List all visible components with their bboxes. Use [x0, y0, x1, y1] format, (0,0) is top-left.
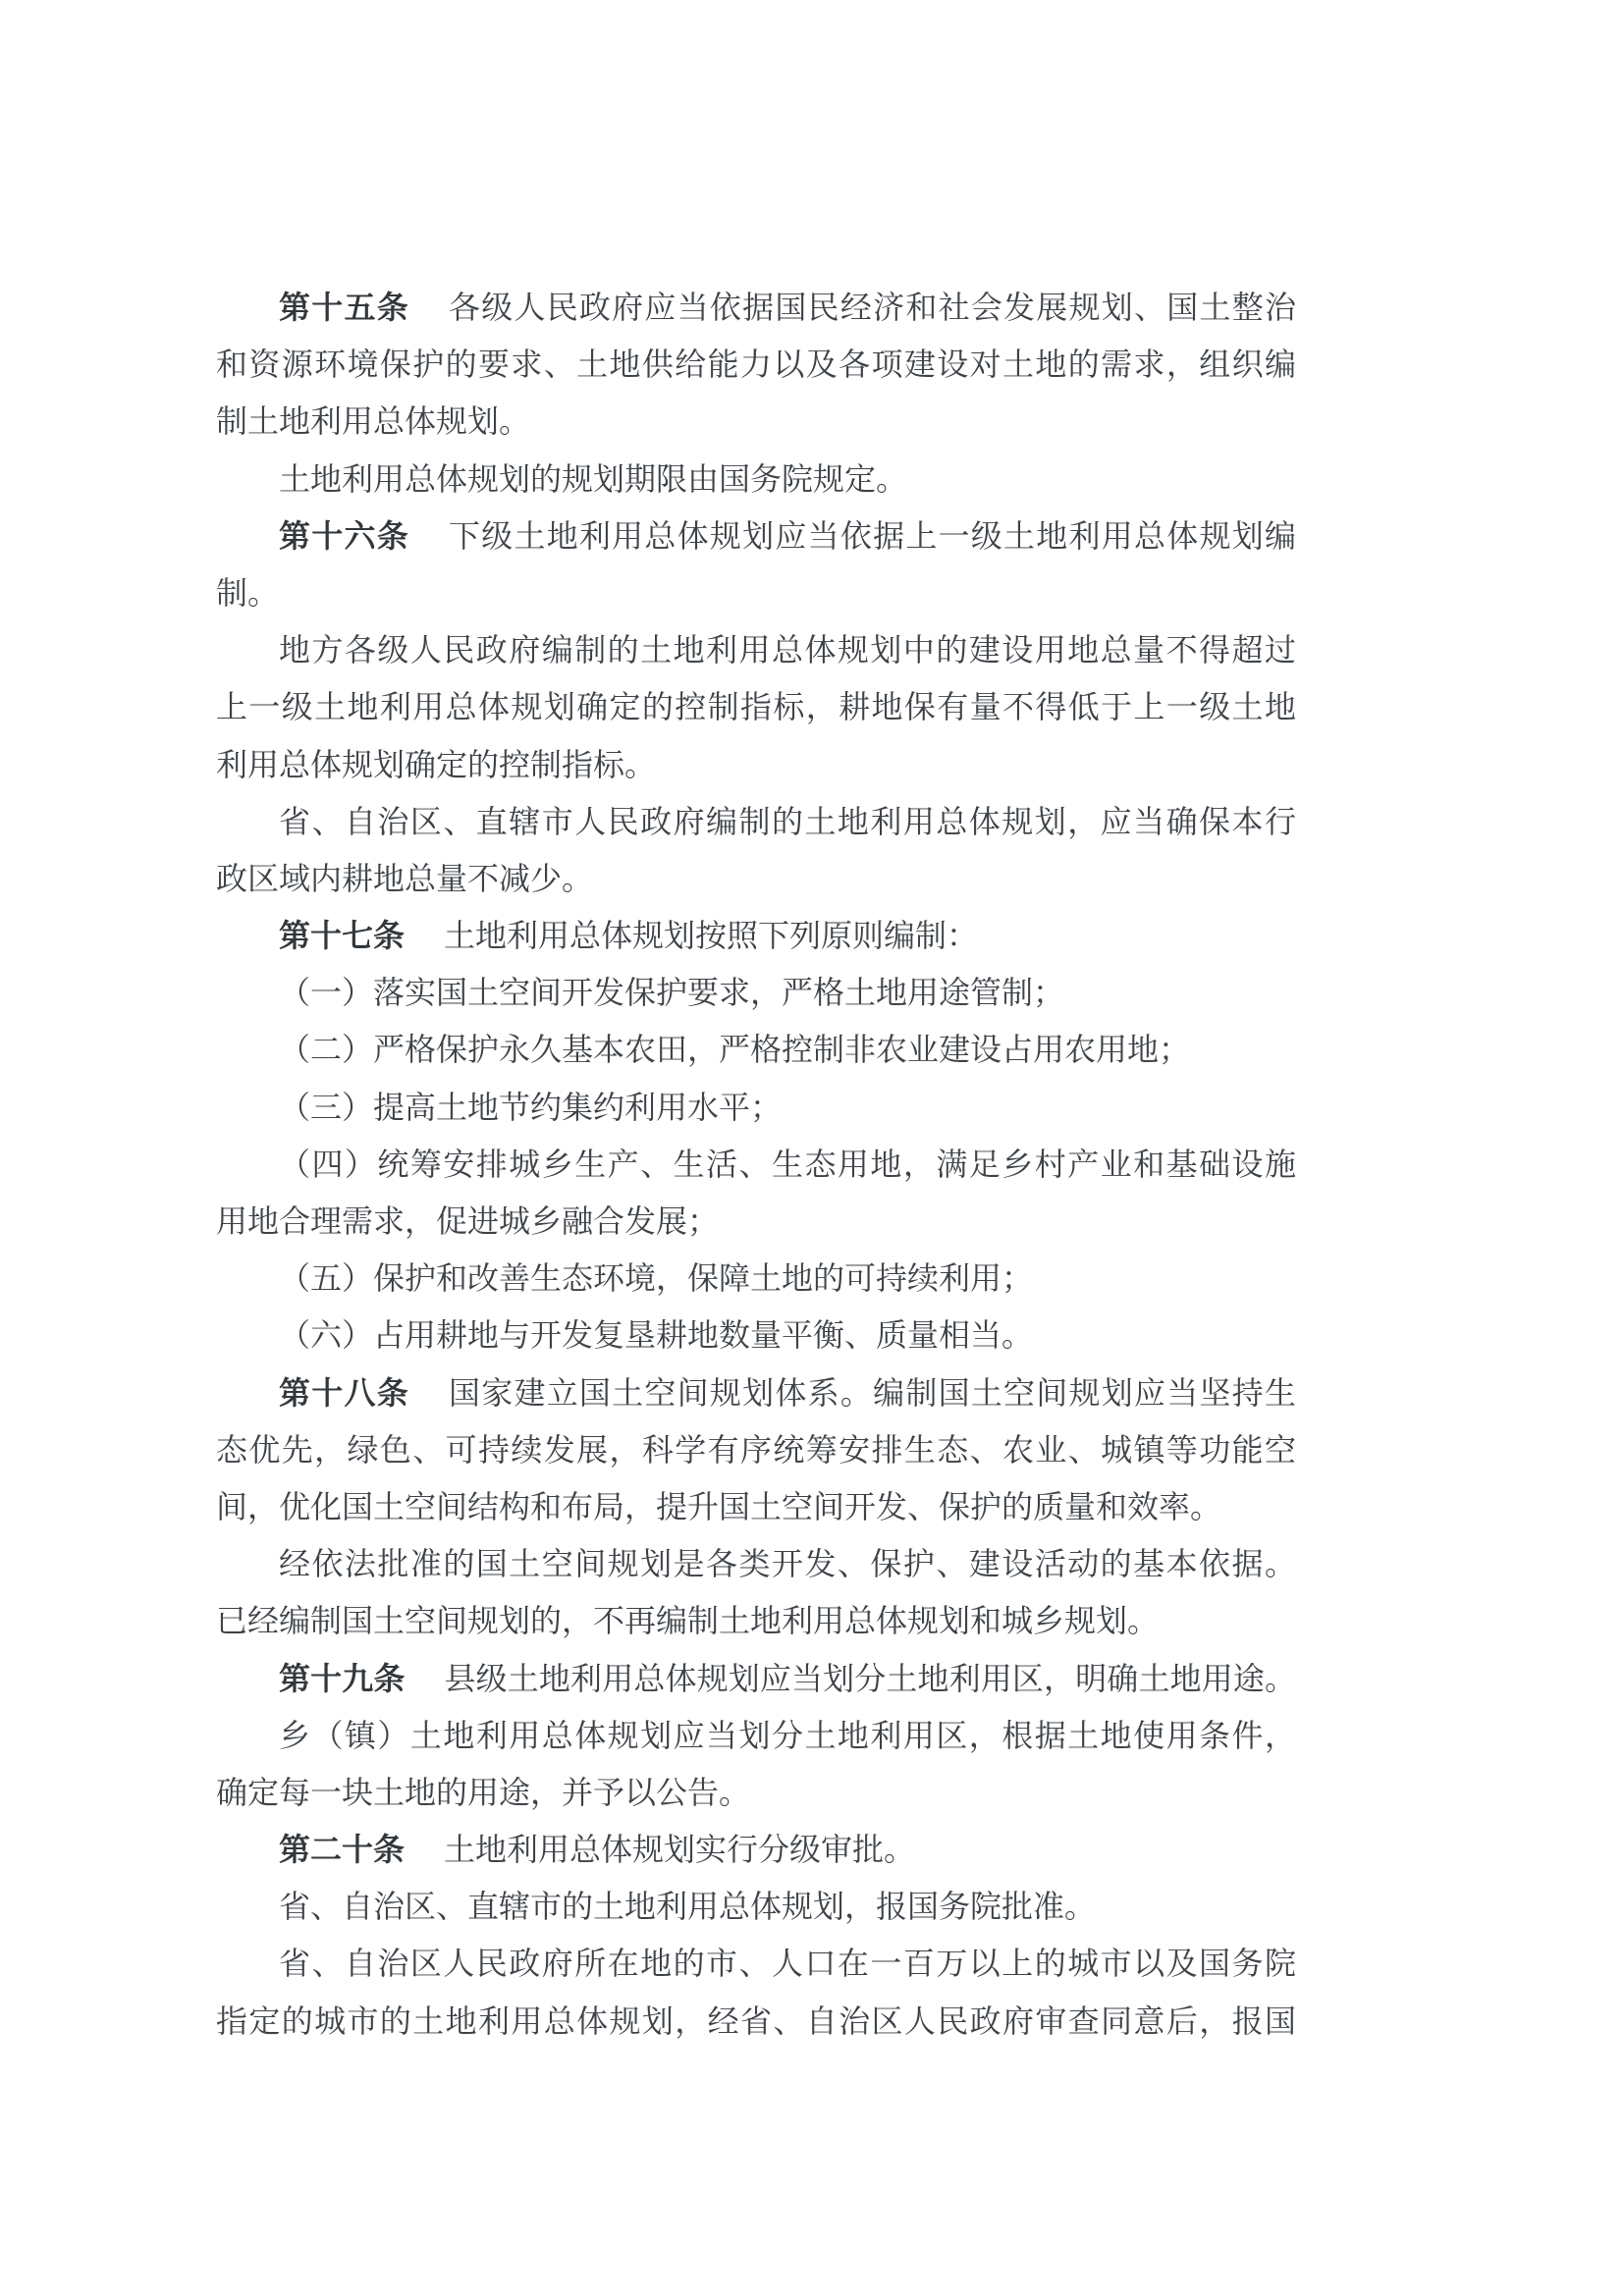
text-line: 省、自治区人民政府所在地的市、人口在一百万以上的城市以及国务院: [216, 1935, 1296, 1992]
line-text: （四）统筹安排城乡生产、生活、生态用地，满足乡村产业和基础设施: [279, 1147, 1296, 1182]
text-line: 省、自治区、直辖市的土地利用总体规划，报国务院批准。: [216, 1878, 1296, 1935]
line-text: （二）严格保护永久基本农田，严格控制非农业建设占用农用地；: [279, 1032, 1190, 1067]
line-text: 省、自治区、直辖市的土地利用总体规划，报国务院批准。: [279, 1889, 1096, 1924]
article-number: 第二十条: [279, 1832, 405, 1867]
text-line: 乡（镇）土地利用总体规划应当划分土地利用区，根据土地使用条件，: [216, 1707, 1296, 1764]
text-line: 经依法批准的国土空间规划是各类开发、保护、建设活动的基本依据。: [216, 1535, 1296, 1592]
text-line: 利用总体规划确定的控制指标。: [216, 736, 1296, 793]
line-text: （五）保护和改善生态环境，保障土地的可持续利用；: [279, 1260, 1033, 1296]
text-line: 省、自治区、直辖市人民政府编制的土地利用总体规划，应当确保本行: [216, 793, 1296, 850]
line-text: （六）占用耕地与开发复垦耕地数量平衡、质量相当。: [279, 1317, 1033, 1353]
line-text: 各级人民政府应当依据国民经济和社会发展规划、国土整治: [449, 290, 1296, 325]
document-text-block: 第十五条各级人民政府应当依据国民经济和社会发展规划、国土整治 和资源环境保护的要…: [216, 279, 1296, 2050]
text-line: 第十七条土地利用总体规划按照下列原则编制：: [216, 907, 1296, 964]
line-text: 用地合理需求，促进城乡融合发展；: [216, 1203, 719, 1239]
line-text: 政区域内耕地总量不减少。: [216, 861, 593, 896]
line-text: 确定每一块土地的用途，并予以公告。: [216, 1775, 750, 1810]
article-number: 第十七条: [279, 918, 405, 953]
text-line: 间，优化国土空间结构和布局，提升国土空间开发、保护的质量和效率。: [216, 1478, 1296, 1535]
line-text: 乡（镇）土地利用总体规划应当划分土地利用区，根据土地使用条件，: [279, 1718, 1296, 1753]
line-text: （一）落实国土空间开发保护要求，严格土地用途管制；: [279, 975, 1064, 1010]
text-line: 用地合理需求，促进城乡融合发展；: [216, 1193, 1296, 1250]
line-text: （三）提高土地节约集约利用水平；: [279, 1090, 782, 1125]
line-text: 制土地利用总体规划。: [216, 403, 530, 439]
text-line: 地方各级人民政府编制的土地利用总体规划中的建设用地总量不得超过: [216, 621, 1296, 678]
text-line: 制。: [216, 564, 1296, 621]
line-text: 地方各级人民政府编制的土地利用总体规划中的建设用地总量不得超过: [279, 632, 1296, 667]
text-line: 已经编制国土空间规划的，不再编制土地利用总体规划和城乡规划。: [216, 1592, 1296, 1649]
text-line: 第十六条下级土地利用总体规划应当依据上一级土地利用总体规划编: [216, 507, 1296, 564]
text-line: （四）统筹安排城乡生产、生活、生态用地，满足乡村产业和基础设施: [216, 1136, 1296, 1193]
document-page: 第十五条各级人民政府应当依据国民经济和社会发展规划、国土整治 和资源环境保护的要…: [0, 0, 1624, 2296]
line-text: 经依法批准的国土空间规划是各类开发、保护、建设活动的基本依据。: [279, 1546, 1296, 1581]
line-text: 省、自治区、直辖市人民政府编制的土地利用总体规划，应当确保本行: [279, 804, 1296, 839]
article-number: 第十六条: [279, 518, 409, 554]
line-text: 土地利用总体规划按照下列原则编制：: [444, 918, 978, 953]
line-text: 已经编制国土空间规划的，不再编制土地利用总体规划和城乡规划。: [216, 1603, 1159, 1638]
line-text: 制。: [216, 575, 279, 611]
article-number: 第十八条: [279, 1375, 409, 1411]
text-line: 第十五条各级人民政府应当依据国民经济和社会发展规划、国土整治: [216, 279, 1296, 336]
line-text: 下级土地利用总体规划应当依据上一级土地利用总体规划编: [449, 518, 1296, 554]
line-text: 土地利用总体规划实行分级审批。: [444, 1832, 915, 1867]
text-line: （一）落实国土空间开发保护要求，严格土地用途管制；: [216, 964, 1296, 1021]
text-line: 第十八条国家建立国土空间规划体系。编制国土空间规划应当坚持生: [216, 1364, 1296, 1421]
line-text: 土地利用总体规划的规划期限由国务院规定。: [279, 461, 907, 497]
text-line: （三）提高土地节约集约利用水平；: [216, 1079, 1296, 1136]
text-line: 第十九条县级土地利用总体规划应当划分土地利用区，明确土地用途。: [216, 1650, 1296, 1707]
line-text: 指定的城市的土地利用总体规划，经省、自治区人民政府审查同意后，报国: [216, 2003, 1296, 2039]
line-text: 态优先，绿色、可持续发展，科学有序统筹安排生态、农业、城镇等功能空: [216, 1432, 1296, 1468]
text-line: 指定的城市的土地利用总体规划，经省、自治区人民政府审查同意后，报国: [216, 1993, 1296, 2050]
line-text: 上一级土地利用总体规划确定的控制指标，耕地保有量不得低于上一级土地: [216, 689, 1296, 724]
text-line: （二）严格保护永久基本农田，严格控制非农业建设占用农用地；: [216, 1021, 1296, 1078]
text-line: 确定每一块土地的用途，并予以公告。: [216, 1764, 1296, 1821]
text-line: 第二十条土地利用总体规划实行分级审批。: [216, 1821, 1296, 1878]
line-text: 国家建立国土空间规划体系。编制国土空间规划应当坚持生: [449, 1375, 1296, 1411]
article-number: 第十五条: [279, 290, 409, 325]
text-line: 政区域内耕地总量不减少。: [216, 850, 1296, 907]
text-line: 制土地利用总体规划。: [216, 393, 1296, 450]
text-line: 土地利用总体规划的规划期限由国务院规定。: [216, 451, 1296, 507]
text-line: 上一级土地利用总体规划确定的控制指标，耕地保有量不得低于上一级土地: [216, 678, 1296, 735]
line-text: 利用总体规划确定的控制指标。: [216, 747, 656, 782]
line-text: 县级土地利用总体规划应当划分土地利用区，明确土地用途。: [445, 1661, 1296, 1696]
text-line: （五）保护和改善生态环境，保障土地的可持续利用；: [216, 1250, 1296, 1307]
line-text: 间，优化国土空间结构和布局，提升国土空间开发、保护的质量和效率。: [216, 1489, 1221, 1524]
text-line: 态优先，绿色、可持续发展，科学有序统筹安排生态、农业、城镇等功能空: [216, 1421, 1296, 1478]
article-number: 第十九条: [279, 1661, 406, 1696]
text-line: （六）占用耕地与开发复垦耕地数量平衡、质量相当。: [216, 1307, 1296, 1363]
line-text: 和资源环境保护的要求、土地供给能力以及各项建设对土地的需求，组织编: [216, 347, 1296, 382]
line-text: 省、自治区人民政府所在地的市、人口在一百万以上的城市以及国务院: [279, 1946, 1296, 1981]
text-line: 和资源环境保护的要求、土地供给能力以及各项建设对土地的需求，组织编: [216, 336, 1296, 393]
